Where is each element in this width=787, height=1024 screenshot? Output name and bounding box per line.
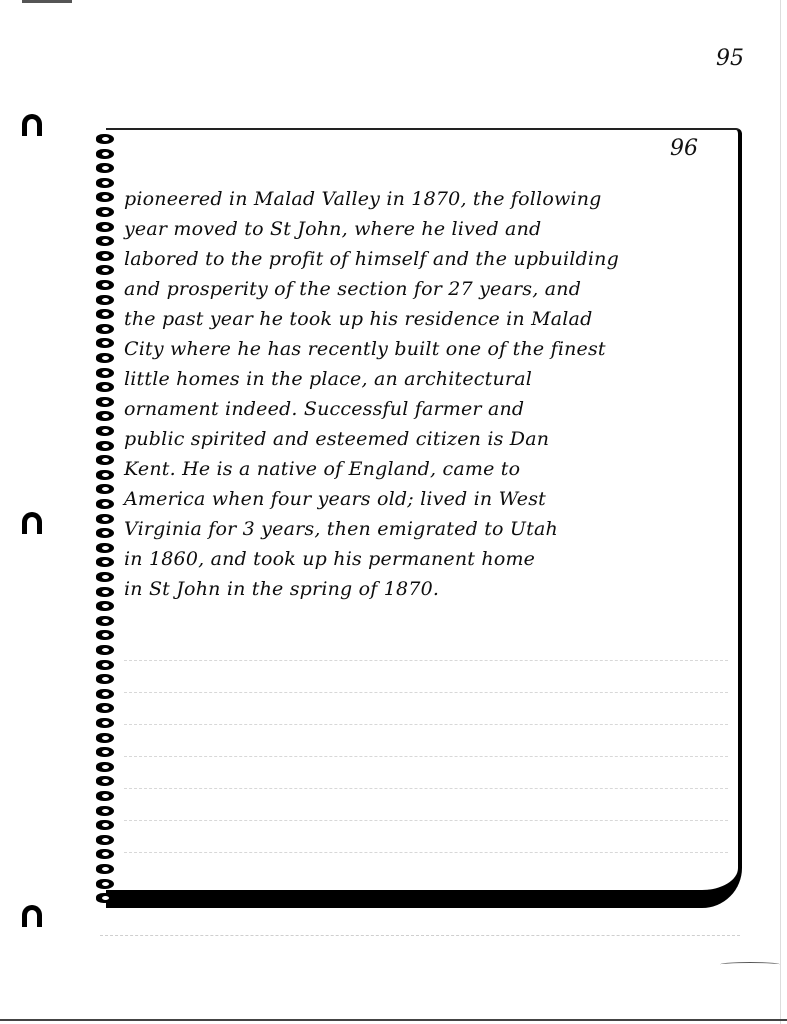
spiral-coil bbox=[96, 733, 114, 743]
spiral-coil bbox=[96, 587, 114, 597]
spiral-coil bbox=[96, 601, 114, 611]
spiral-coil bbox=[96, 353, 114, 363]
spiral-coil bbox=[96, 222, 114, 232]
spiral-coil bbox=[96, 718, 114, 728]
spiral-coil bbox=[96, 455, 114, 465]
ruled-line bbox=[124, 724, 728, 725]
spiral-coil bbox=[96, 309, 114, 319]
spiral-coil bbox=[96, 484, 114, 494]
spiral-coil bbox=[96, 324, 114, 334]
text-line: ornament indeed. Successful farmer and bbox=[124, 394, 734, 424]
text-line: public spirited and esteemed citizen is … bbox=[124, 424, 734, 454]
scan-top-edge bbox=[22, 0, 72, 3]
spiral-coil bbox=[96, 616, 114, 626]
spiral-coil bbox=[96, 382, 114, 392]
spiral-coil bbox=[96, 514, 114, 524]
spiral-coil bbox=[96, 426, 114, 436]
spiral-coil bbox=[96, 295, 114, 305]
ruled-line bbox=[124, 692, 728, 693]
ruled-line bbox=[124, 756, 728, 757]
spiral-coil bbox=[96, 236, 114, 246]
text-line: little homes in the place, an architectu… bbox=[124, 364, 734, 394]
spiral-coil bbox=[96, 849, 114, 859]
scan-bottom-edge bbox=[0, 1019, 787, 1021]
binder-hole-icon bbox=[22, 512, 42, 534]
spiral-coil bbox=[96, 207, 114, 217]
spiral-coil bbox=[96, 280, 114, 290]
spiral-coil bbox=[96, 879, 114, 889]
text-line: Kent. He is a native of England, came to bbox=[124, 454, 734, 484]
text-line: in St John in the spring of 1870. bbox=[124, 574, 734, 604]
spiral-coil bbox=[96, 747, 114, 757]
inner-page-number: 96 bbox=[670, 136, 698, 161]
spiral-coil bbox=[96, 368, 114, 378]
text-line: in 1860, and took up his permanent home bbox=[124, 544, 734, 574]
spiral-coil bbox=[96, 835, 114, 845]
spiral-coil bbox=[96, 470, 114, 480]
spiral-coil bbox=[96, 163, 114, 173]
spiral-coil bbox=[96, 674, 114, 684]
spiral-coil bbox=[96, 265, 114, 275]
spiral-coil bbox=[96, 864, 114, 874]
spiral-coil bbox=[96, 660, 114, 670]
text-line: and prosperity of the section for 27 yea… bbox=[124, 274, 734, 304]
spiral-binding bbox=[96, 134, 118, 904]
faint-mark bbox=[720, 962, 780, 967]
binder-hole-icon bbox=[22, 114, 42, 136]
spiral-coil bbox=[96, 411, 114, 421]
text-line: City where he has recently built one of … bbox=[124, 334, 734, 364]
spiral-coil bbox=[96, 791, 114, 801]
spiral-coil bbox=[96, 645, 114, 655]
spiral-coil bbox=[96, 557, 114, 567]
spiral-coil bbox=[96, 499, 114, 509]
binder-hole-icon bbox=[22, 905, 42, 927]
spiral-coil bbox=[96, 762, 114, 772]
spiral-coil bbox=[96, 703, 114, 713]
scan-right-edge bbox=[780, 0, 781, 1024]
text-line: labored to the profit of himself and the… bbox=[124, 244, 734, 274]
spiral-coil bbox=[96, 192, 114, 202]
faint-mark bbox=[100, 935, 740, 936]
spiral-coil bbox=[96, 441, 114, 451]
notebook-page: 96 pioneered in Malad Valley in 1870, th… bbox=[106, 128, 742, 908]
handwritten-text: pioneered in Malad Valley in 1870, the f… bbox=[124, 184, 734, 604]
spiral-coil bbox=[96, 338, 114, 348]
spiral-coil bbox=[96, 528, 114, 538]
spiral-coil bbox=[96, 806, 114, 816]
ruled-line bbox=[124, 660, 728, 661]
ruled-line bbox=[124, 852, 728, 853]
spiral-coil bbox=[96, 630, 114, 640]
text-line: America when four years old; lived in We… bbox=[124, 484, 734, 514]
spiral-coil bbox=[96, 893, 114, 903]
spiral-coil bbox=[96, 572, 114, 582]
spiral-coil bbox=[96, 397, 114, 407]
text-line: Virginia for 3 years, then emigrated to … bbox=[124, 514, 734, 544]
text-line: pioneered in Malad Valley in 1870, the f… bbox=[124, 184, 734, 214]
text-line: year moved to St John, where he lived an… bbox=[124, 214, 734, 244]
spiral-coil bbox=[96, 820, 114, 830]
spiral-coil bbox=[96, 689, 114, 699]
outer-page-number: 95 bbox=[716, 46, 744, 71]
spiral-coil bbox=[96, 251, 114, 261]
ruled-line bbox=[124, 788, 728, 789]
ruled-line bbox=[124, 820, 728, 821]
spiral-coil bbox=[96, 178, 114, 188]
text-line: the past year he took up his residence i… bbox=[124, 304, 734, 334]
spiral-coil bbox=[96, 134, 114, 144]
spiral-coil bbox=[96, 776, 114, 786]
spiral-coil bbox=[96, 149, 114, 159]
spiral-coil bbox=[96, 543, 114, 553]
